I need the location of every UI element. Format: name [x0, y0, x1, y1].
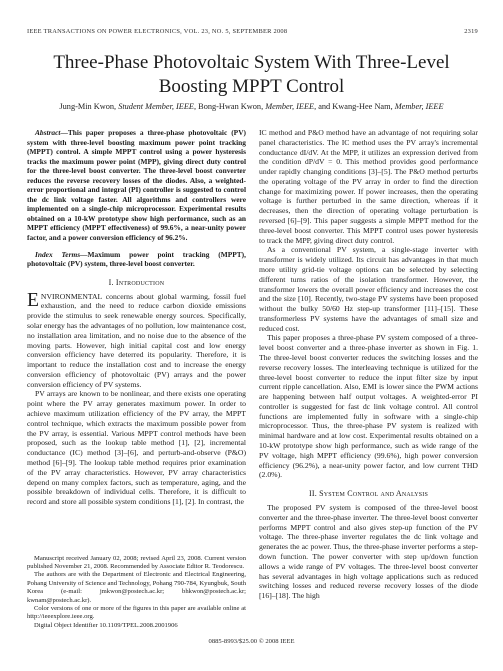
author-membership-3: Member, IEEE [395, 102, 444, 111]
footnote-doi: Digital Object Identifier 10.1109/TPEL.2… [27, 622, 246, 630]
footnote-color-versions: Color versions of one or more of the fig… [27, 605, 246, 622]
journal-name: IEEE TRANSACTIONS ON POWER ELECTRONICS, … [27, 28, 287, 35]
author-separator-2: , and [314, 102, 332, 111]
author-name-1: Jung-Min Kwon, [59, 102, 118, 111]
intro-paragraph-1: ENVIRONMENTAL concerns about global warm… [27, 292, 246, 390]
footer-copyright: 0885-8993/$25.00 © 2008 IEEE [0, 638, 503, 645]
two-column-body: Abstract—This paper proposes a three-pha… [27, 128, 478, 630]
paper-page: IEEE TRANSACTIONS ON POWER ELECTRONICS, … [0, 0, 503, 671]
footnote-manuscript: Manuscript received January 02, 2008; re… [27, 555, 246, 572]
section-heading-introduction: I. Introduction [27, 278, 246, 287]
author-membership-1: Student Member, IEEE [118, 102, 194, 111]
index-terms: Index Terms—Maximum power point tracking… [27, 250, 246, 269]
body-paragraph-conventional-system: As a conventional PV system, a single-st… [259, 245, 478, 333]
author-name-3: Kwang-Hee Nam, [332, 102, 394, 111]
intro-paragraph-1-text: NVIRONMENTAL concerns about global warmi… [27, 292, 246, 389]
body-paragraph-system-composition: The proposed PV system is composed of th… [259, 503, 478, 601]
paper-title-line2: Boosting MPPT Control [0, 75, 503, 99]
section-heading-system-control: II. System Control and Analysis [259, 489, 478, 498]
running-head: IEEE TRANSACTIONS ON POWER ELECTRONICS, … [27, 28, 478, 35]
footnote-block: Manuscript received January 02, 2008; re… [27, 555, 246, 630]
paper-title-line1: Three-Phase Photovoltaic System With Thr… [0, 51, 503, 75]
paper-title: Three-Phase Photovoltaic System With Thr… [0, 51, 503, 99]
author-name-2: Bong-Hwan Kwon, [198, 102, 265, 111]
left-column: Abstract—This paper proposes a three-pha… [27, 128, 246, 630]
footnote-affiliation: The authors are with the Department of E… [27, 571, 246, 604]
drop-cap: E [27, 292, 41, 308]
right-column: IC method and P&O method have an advanta… [259, 128, 478, 630]
page-number: 2319 [464, 28, 478, 35]
body-paragraph-ic-po: IC method and P&O method have an advanta… [259, 128, 478, 245]
intro-paragraph-2: PV arrays are known to be nonlinear, and… [27, 389, 246, 506]
author-membership-2: Member, IEEE [265, 102, 314, 111]
abstract: Abstract—This paper proposes a three-pha… [27, 128, 246, 243]
abstract-text: This paper proposes a three-phase photov… [27, 128, 246, 242]
abstract-label: Abstract— [35, 128, 68, 137]
author-line: Jung-Min Kwon, Student Member, IEEE, Bon… [0, 102, 503, 111]
body-paragraph-proposed-system: This paper proposes a three-phase PV sys… [259, 333, 478, 480]
index-terms-label: Index Terms— [35, 250, 87, 259]
